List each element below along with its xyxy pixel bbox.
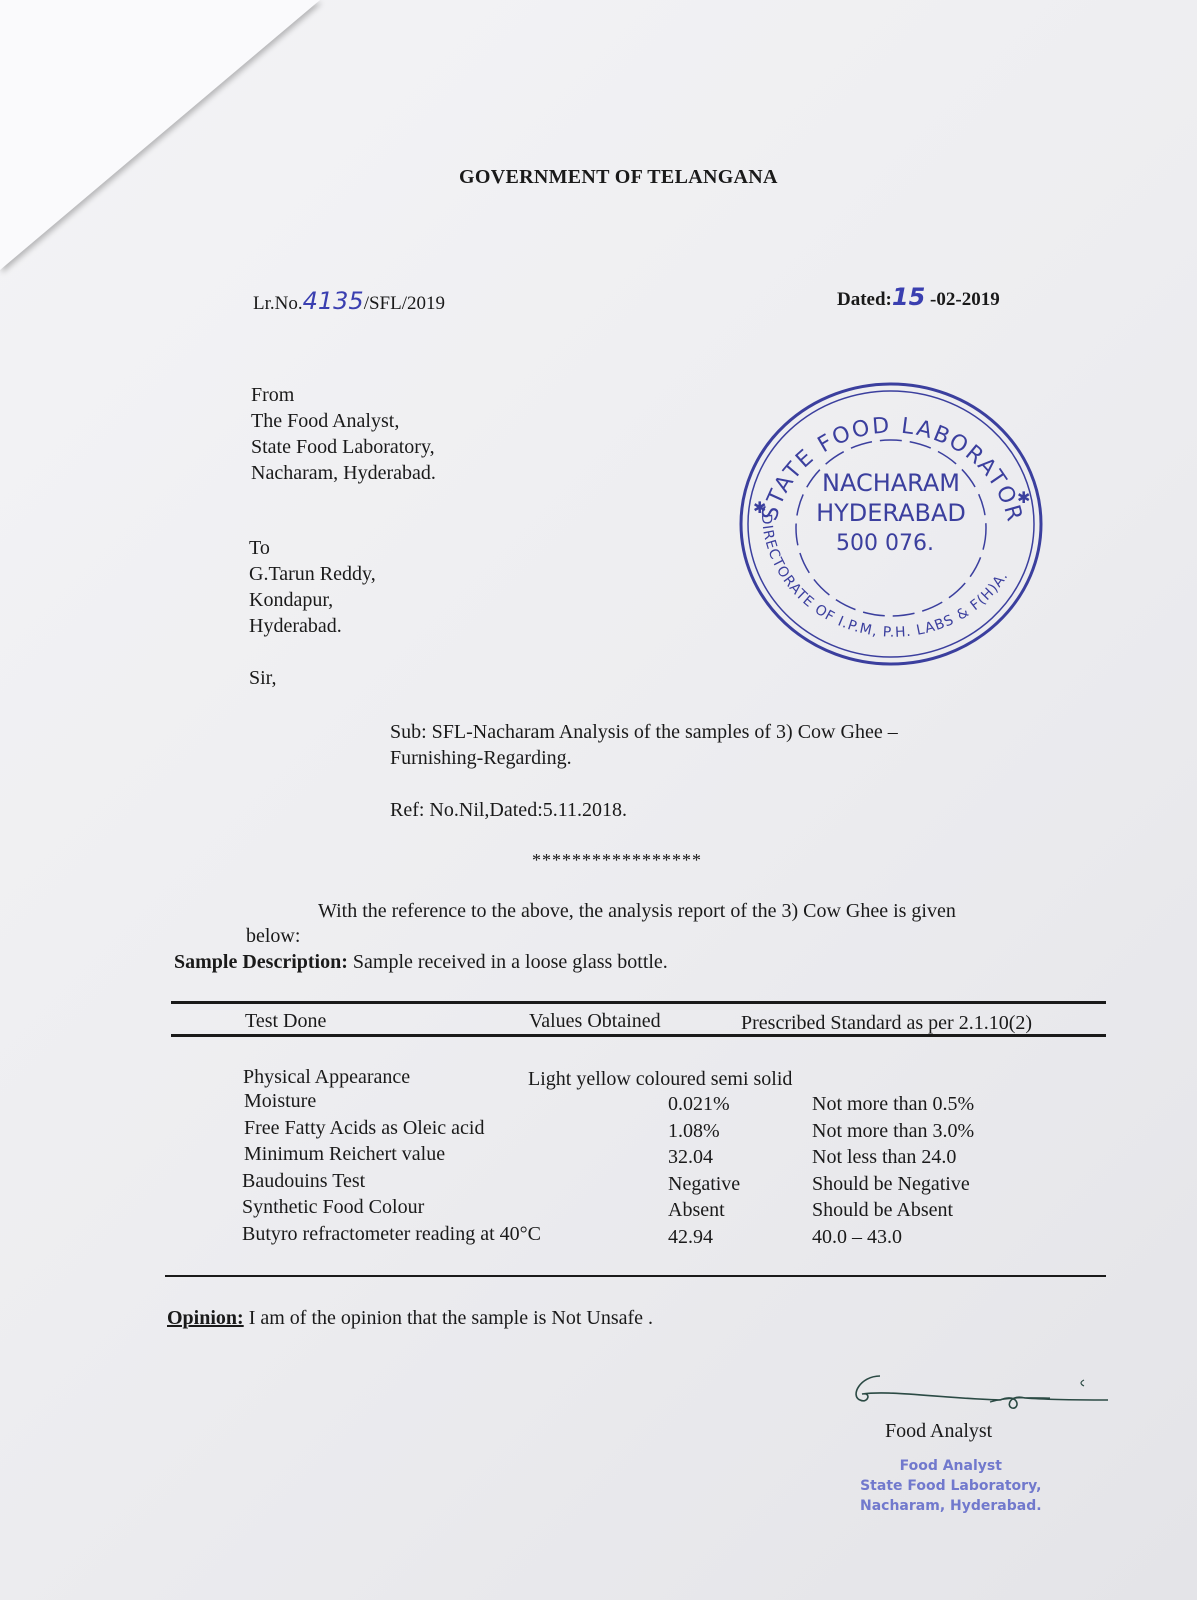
table-cell-standard: Should be Negative [812, 1171, 970, 1198]
table-cell-standard: Not less than 24.0 [812, 1144, 956, 1171]
table-cell-test: Butyro refractometer reading at 40°C [242, 1221, 541, 1248]
table-cell-value: 32.04 [668, 1144, 713, 1171]
header-test-done: Test Done [245, 1010, 326, 1033]
star-icon: ✱ [1017, 488, 1030, 507]
table-cell-test: Baudouins Test [242, 1168, 365, 1195]
table-header-rule [171, 1034, 1106, 1037]
separator: ***************** [532, 850, 702, 871]
signature [850, 1370, 1110, 1420]
star-icon: ✱ [753, 498, 766, 517]
analyst-stamp: Food Analyst State Food Laboratory, Nach… [860, 1456, 1042, 1516]
body-paragraph-cont: below: [246, 925, 300, 948]
sample-description: Sample Description: Sample received in a… [174, 951, 668, 974]
svg-text:HYDERABAD: HYDERABAD [816, 499, 966, 527]
table-cell-test: Minimum Reichert value [244, 1141, 445, 1168]
table-cell-value: Negative [668, 1171, 740, 1198]
svg-text:500 076.: 500 076. [836, 531, 934, 556]
table-top-rule [171, 1001, 1106, 1004]
letter-date: Dated:15 -02-2019 [837, 283, 1000, 311]
table-cell-value: 1.08% [668, 1118, 720, 1145]
letter-number-handwritten: 4135 [303, 287, 364, 315]
folded-corner [0, 0, 320, 270]
letter-number: Lr.No.4135/SFL/2019 [253, 287, 445, 315]
salutation: Sir, [249, 667, 277, 690]
table-bottom-rule [165, 1275, 1106, 1277]
table-cell-standard: Not more than 0.5% [812, 1091, 974, 1118]
table-cell-standard: 40.0 – 43.0 [812, 1224, 902, 1251]
document-title: GOVERNMENT OF TELANGANA [459, 166, 778, 189]
table-cell-value: Absent [668, 1197, 725, 1224]
body-paragraph: With the reference to the above, the ana… [318, 900, 956, 923]
reference: Ref: No.Nil,Dated:5.11.2018. [390, 799, 627, 822]
appearance-value: Light yellow coloured semi solid [528, 1066, 792, 1093]
table-cell-value: 0.021% [668, 1091, 730, 1118]
subject: Sub: SFL-Nacharam Analysis of the sample… [390, 719, 898, 771]
table-cell-test: Moisture [244, 1088, 316, 1115]
header-standard: Prescribed Standard as per 2.1.10(2) [741, 1012, 1032, 1035]
to-address: To G.Tarun Reddy, Kondapur, Hyderabad. [249, 535, 376, 639]
table-row: Physical Appearance [243, 1064, 410, 1091]
table-cell-value: 42.94 [668, 1224, 713, 1251]
signatory-title: Food Analyst [885, 1420, 992, 1443]
from-address: From The Food Analyst, State Food Labora… [251, 382, 436, 486]
opinion: Opinion: I am of the opinion that the sa… [167, 1307, 653, 1330]
table-cell-test: Synthetic Food Colour [242, 1194, 424, 1221]
table-cell-test: Free Fatty Acids as Oleic acid [244, 1115, 485, 1142]
table-cell-standard: Should be Absent [812, 1197, 953, 1224]
header-values: Values Obtained [529, 1010, 661, 1033]
date-handwritten: 15 [892, 283, 925, 311]
table-cell-standard: Not more than 3.0% [812, 1118, 974, 1145]
svg-text:NACHARAM: NACHARAM [822, 469, 960, 497]
laboratory-seal: STATE FOOD LABORATORY DIRECTORATE OF I.P… [735, 378, 1047, 670]
